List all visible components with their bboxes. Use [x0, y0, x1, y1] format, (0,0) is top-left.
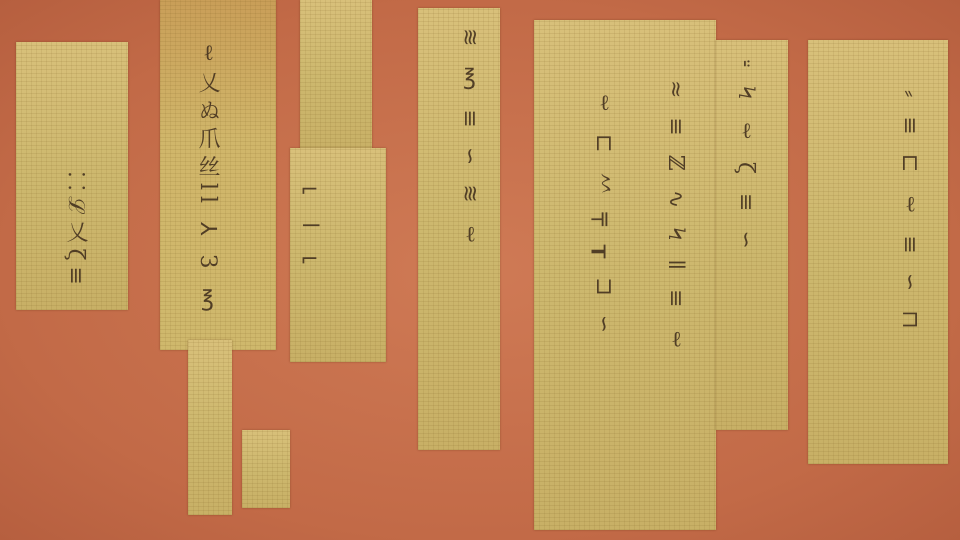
papyrus-fragment: ≋ ℥ ≡ ∽ ≋ ℓ [418, 8, 500, 450]
hieratic-text: ⸗ ≡ ⊏ ℓ ≡ ∽ ⊓ [898, 90, 920, 335]
papyrus-fragment: ℓ ⊏ 〻 ╤ ┰ ⊐ ∽ ≈ ≡ ℤ ∿ Ϟ ǁ ≡ ℓ [534, 20, 716, 530]
hieratic-text: ℓ乂ぬ爪丝ll ⅄ З ℥ [196, 40, 218, 318]
papyrus-fragment: ⸚ Ϟ ℓ ζ ≡ ∽ [716, 40, 788, 430]
papyrus-fragment: ⸬ℒ乂ζ≡ [16, 42, 128, 310]
papyrus-fragment [242, 430, 290, 508]
papyrus-fragment: ⌐ ǀ ⌐ [290, 148, 386, 362]
hieratic-text: ⸬ℒ乂ζ≡ [64, 172, 86, 291]
hieratic-text: ⸚ Ϟ ℓ ζ ≡ ∽ [734, 60, 756, 255]
papyrus-fragment [300, 0, 372, 155]
hieratic-text: ≋ ℥ ≡ ∽ ≋ ℓ [458, 28, 480, 253]
papyrus-fragment: ⸗ ≡ ⊏ ℓ ≡ ∽ ⊓ [808, 40, 948, 464]
papyrus-fragment [188, 340, 232, 515]
papyrus-fragment: ℓ乂ぬ爪丝ll ⅄ З ℥ [160, 0, 276, 350]
hieratic-text: ⌐ ǀ ⌐ [298, 178, 320, 278]
hieratic-text: ℓ ⊏ 〻 ╤ ┰ ⊐ ∽ [592, 90, 614, 339]
hieratic-text: ≈ ≡ ℤ ∿ Ϟ ǁ ≡ ℓ [664, 80, 686, 358]
